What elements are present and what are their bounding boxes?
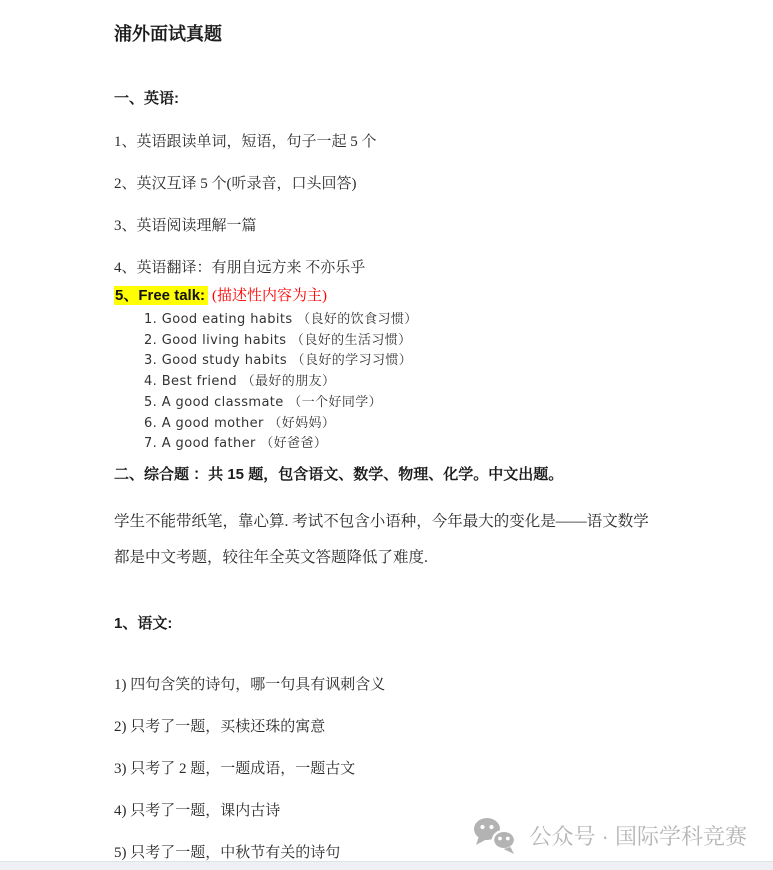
free-talk-subitem-7: 7. A good father （好爸爸） xyxy=(144,434,724,455)
english-item-4: 4、英语翻译：有朋自远方来 不亦乐乎 xyxy=(114,259,724,277)
free-talk-subitem-2: 2. Good living habits （良好的生活习惯） xyxy=(144,331,724,352)
free-talk-line: 5、Free talk:(描述性内容为主) xyxy=(114,286,724,306)
english-item-2: 2、英汉互译 5 个(听录音，口头回答) xyxy=(114,175,724,193)
english-item-3: 3、英语阅读理解一篇 xyxy=(114,217,724,235)
watermark-text: 公众号 · 国际学科竞赛 xyxy=(529,820,747,851)
english-item-1: 1、英语跟读单词，短语，句子一起 5 个 xyxy=(114,133,724,151)
chinese-item-3: 3) 只考了 2 题，一题成语，一题古文 xyxy=(114,760,724,778)
section-heading-comprehensive: 二、综合题 ：共 15 题，包含语文、数学、物理、化学。中文出题。 xyxy=(114,465,724,485)
free-talk-highlighted-label: 5、Free talk: xyxy=(114,286,208,305)
section-heading-english: 一、英语: xyxy=(114,89,724,109)
watermark: 公众号 · 国际学科竞赛 xyxy=(472,816,747,854)
free-talk-subitem-1: 1. Good eating habits （良好的饮食习惯） xyxy=(144,310,724,331)
paragraph-line-2: 都是中文考题，较往年全英文答题降低了难度. xyxy=(114,540,724,576)
free-talk-subitem-3: 3. Good study habits （良好的学习习惯） xyxy=(144,351,724,372)
paragraph-line-1: 学生不能带纸笔，靠心算. 考试不包含小语种，今年最大的变化是——语文数学 xyxy=(114,504,724,540)
page-title: 浦外面试真题 xyxy=(114,22,724,46)
footer-bar xyxy=(0,861,773,870)
section-heading-chinese: 1、语文: xyxy=(114,614,724,634)
free-talk-subitem-4: 4. Best friend （最好的朋友） xyxy=(144,372,724,393)
document-content: 浦外面试真题 一、英语: 1、英语跟读单词，短语，句子一起 5 个 2、英汉互译… xyxy=(114,0,724,862)
free-talk-sublist: 1. Good eating habits （良好的饮食习惯） 2. Good … xyxy=(114,310,724,455)
comprehensive-paragraph: 学生不能带纸笔，靠心算. 考试不包含小语种，今年最大的变化是——语文数学 都是中… xyxy=(114,504,724,576)
chinese-item-2: 2) 只考了一题，买椟还珠的寓意 xyxy=(114,718,724,736)
free-talk-subitem-5: 5. A good classmate （一个好同学） xyxy=(144,393,724,414)
wechat-official-account-icon xyxy=(472,816,518,854)
chinese-item-1: 1) 四句含笑的诗句，哪一句具有讽刺含义 xyxy=(114,676,724,694)
free-talk-note: (描述性内容为主) xyxy=(212,288,327,304)
document-page: { "document": { "title": "浦外面试真题", "engl… xyxy=(0,0,773,870)
free-talk-subitem-6: 6. A good mother （好妈妈） xyxy=(144,414,724,435)
